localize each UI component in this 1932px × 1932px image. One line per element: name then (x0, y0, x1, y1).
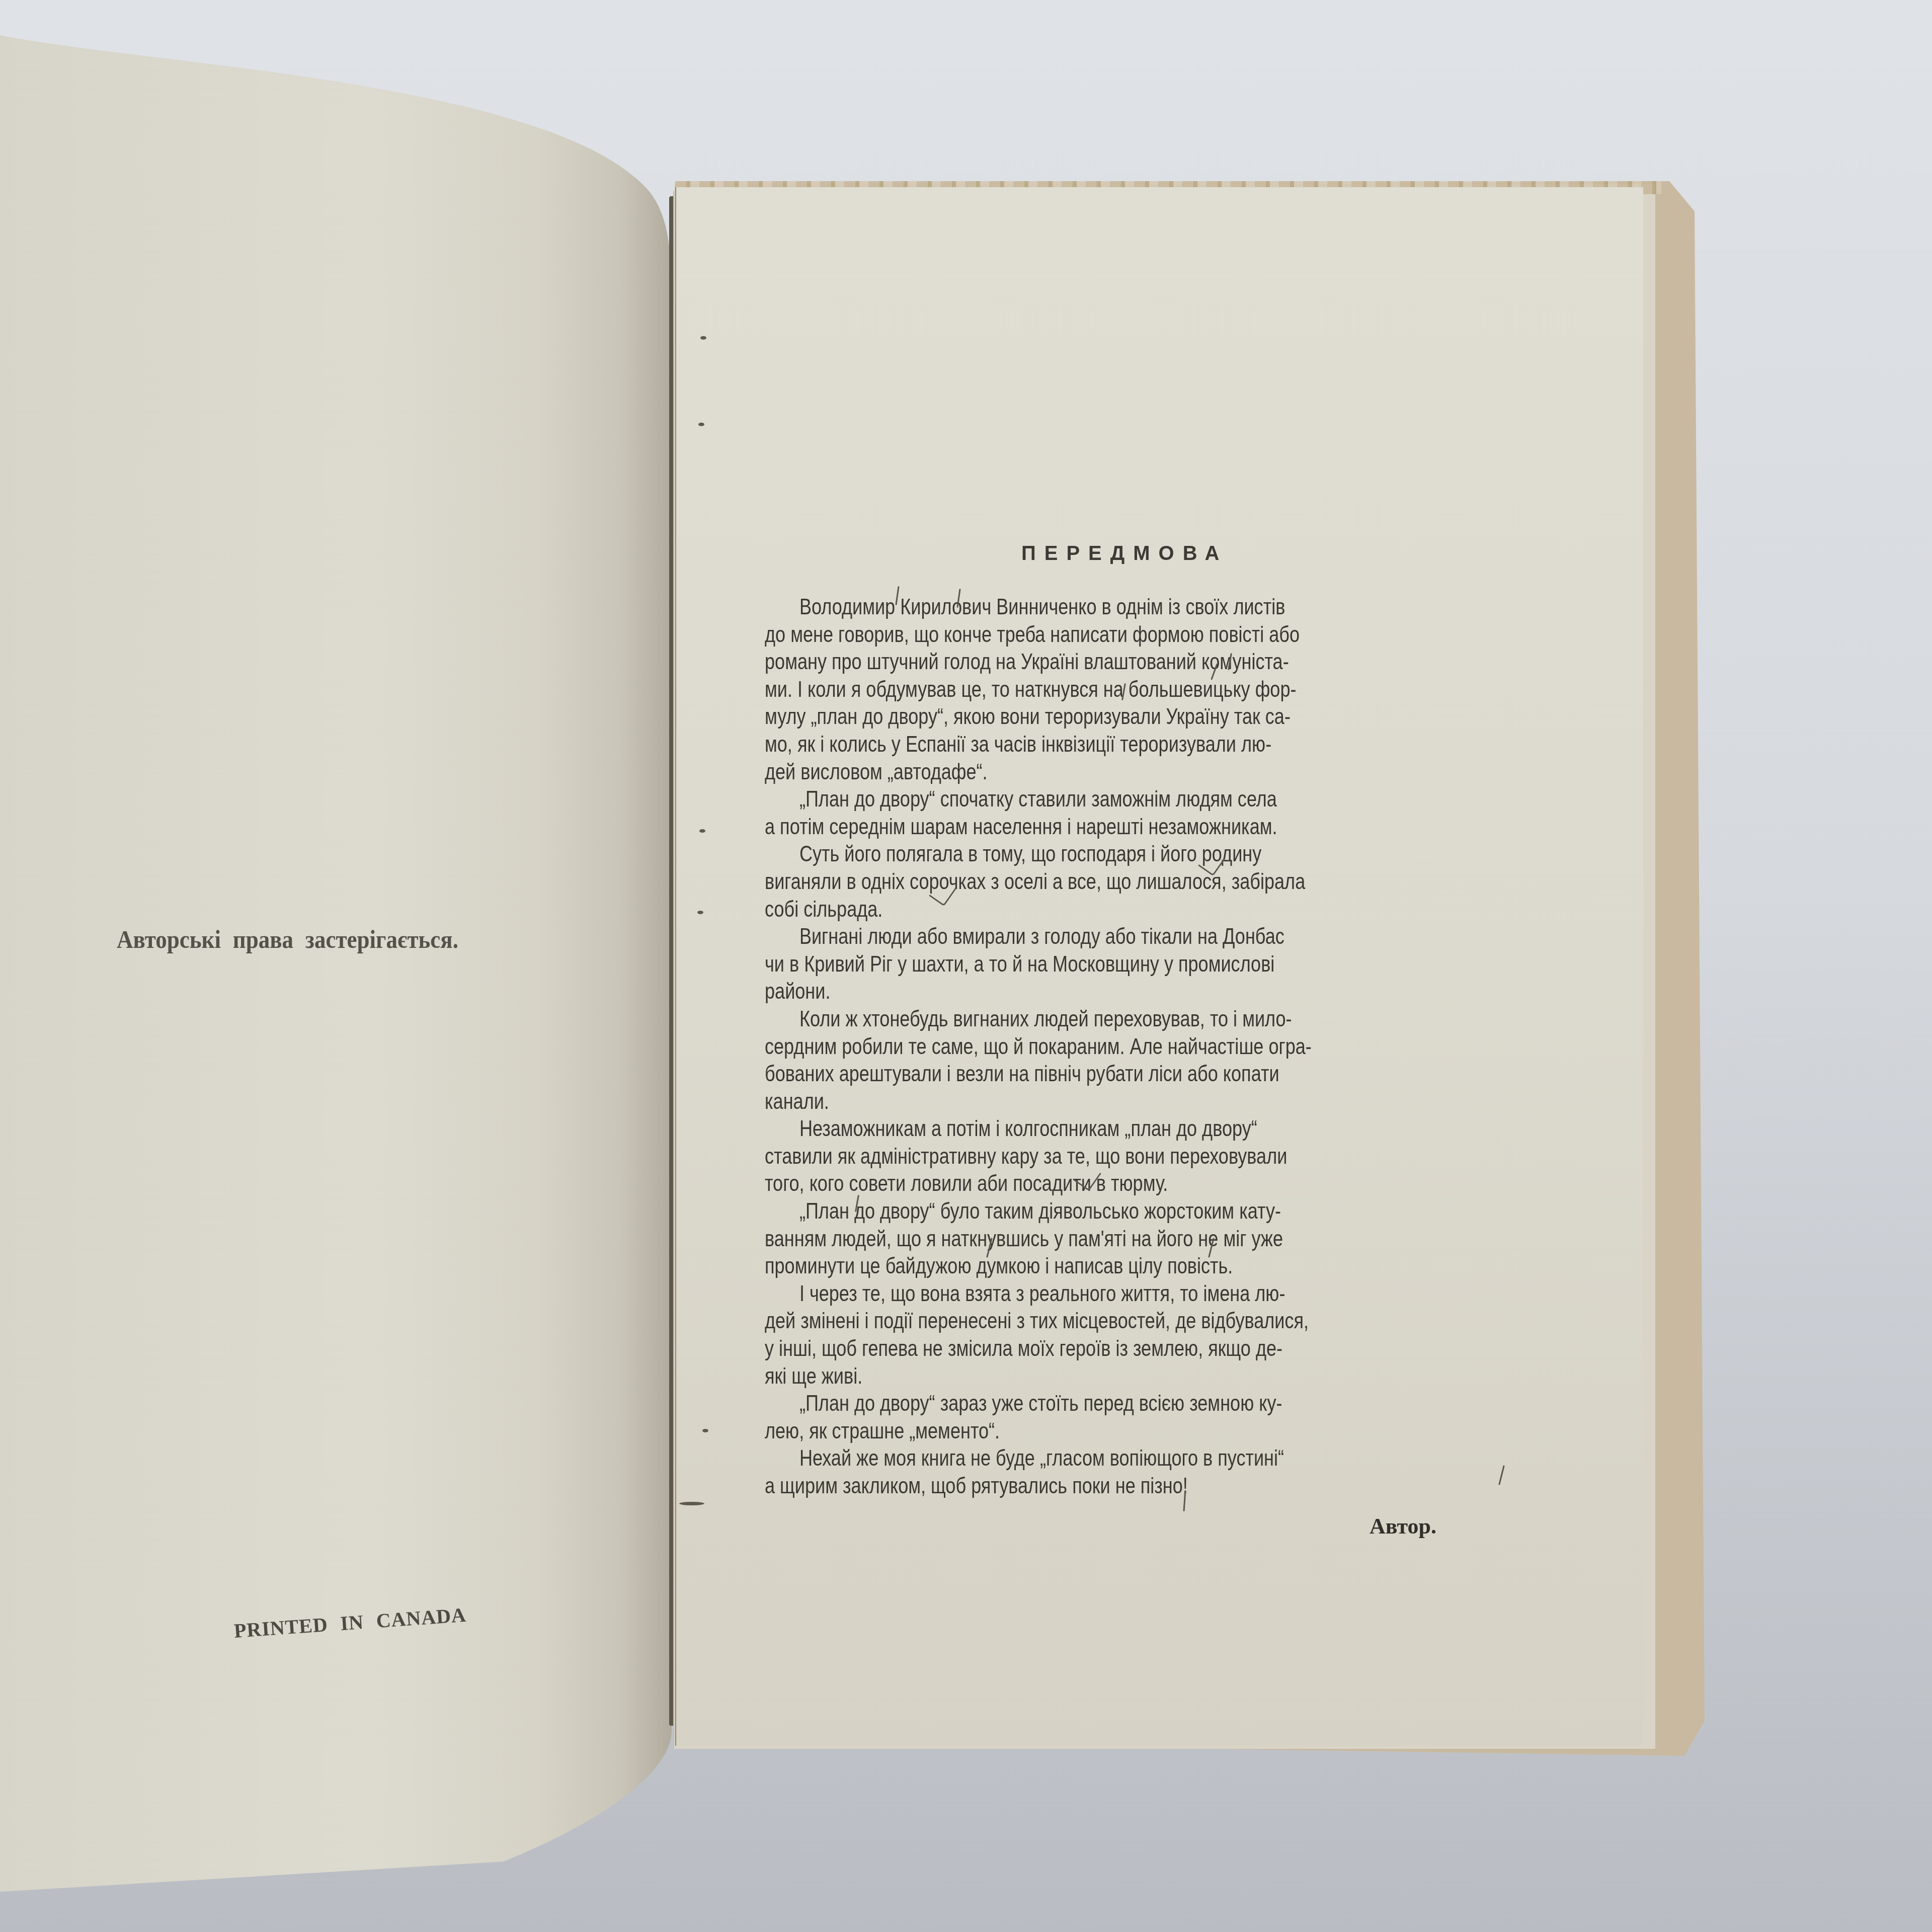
text-line: у інші, щоб гепева не змісила моїх герої… (765, 1335, 1369, 1363)
preface-body: Володимир Кирилович Винниченко в однім і… (765, 594, 1501, 1500)
binding-stitch-mark (698, 423, 704, 426)
text-line: а щирим закликом, щоб рятувались поки не… (765, 1473, 1369, 1500)
text-line: того, кого совети ловили аби посадити в … (765, 1170, 1369, 1198)
text-line: Нехай же моя книга не буде „гласом вопію… (765, 1445, 1369, 1473)
text-line: проминути це байдужою думкою і написав ц… (765, 1253, 1369, 1280)
binding-stitch-mark (699, 829, 705, 833)
text-line: які ще живі. (765, 1363, 1369, 1391)
text-line: дей висловом „автодафе“. (765, 759, 1369, 786)
text-line: а потім середнім шарам населення і нареш… (765, 814, 1369, 841)
text-line: дей змінені і події перенесені з тих міс… (765, 1308, 1369, 1335)
binding-stitch-mark (700, 336, 706, 340)
text-line: лею, як страшне „мементо“. (765, 1418, 1369, 1445)
text-line: І через те, що вона взята з реального жи… (765, 1280, 1369, 1308)
text-line: роману про штучний голод на Україні влаш… (765, 649, 1369, 676)
text-line: „План до двору“ спочатку ставили заможні… (765, 786, 1369, 814)
binding-stitch-mark (702, 1429, 708, 1432)
text-line: райони. (765, 978, 1369, 1006)
text-line: виганяли в одніх сорочках з оселі а все,… (765, 868, 1369, 896)
page-title: ПЕРЕДМОВА (1021, 542, 1228, 565)
text-line: Незаможникам а потім і колгоспникам „пла… (765, 1115, 1369, 1143)
text-line: Коли ж хтонебудь вигнаних людей перехову… (765, 1006, 1369, 1033)
text-line: чи в Кривий Ріг у шахти, а то й на Моско… (765, 951, 1369, 979)
binding-stitch-mark (679, 1502, 704, 1505)
left-page (0, 0, 674, 1932)
text-line: Володимир Кирилович Винниченко в однім і… (765, 594, 1369, 621)
text-line: канали. (765, 1088, 1369, 1116)
copyright-notice: Авторські права застерігається. (117, 925, 458, 954)
text-line: „План до двору“ зараз уже стоїть перед в… (765, 1390, 1369, 1418)
text-line: бованих арештували і везли на північ руб… (765, 1061, 1369, 1088)
text-line: мо, як і колись у Еспанії за часів інкві… (765, 731, 1369, 759)
text-line: Суть його полягала в тому, що господаря … (765, 841, 1369, 868)
text-line: Вигнані люди або вмирали з голоду або ті… (765, 923, 1369, 951)
text-line: до мене говорив, що конче треба написати… (765, 621, 1369, 649)
text-line: сердним робили те саме, що й покараним. … (765, 1033, 1369, 1061)
text-line: ставили як адміністративну кару за те, щ… (765, 1143, 1369, 1171)
text-line: ми. І коли я обдумував це, то наткнувся … (765, 676, 1369, 704)
text-line: мулу „план до двору“, якою вони тероризу… (765, 703, 1369, 731)
binding-stitch-mark (697, 911, 703, 914)
author-signature: Автор. (1370, 1513, 1436, 1539)
text-line: ванням людей, що я наткнувшись у пам'яті… (765, 1226, 1369, 1253)
text-line: собі сільрада. (765, 896, 1369, 924)
